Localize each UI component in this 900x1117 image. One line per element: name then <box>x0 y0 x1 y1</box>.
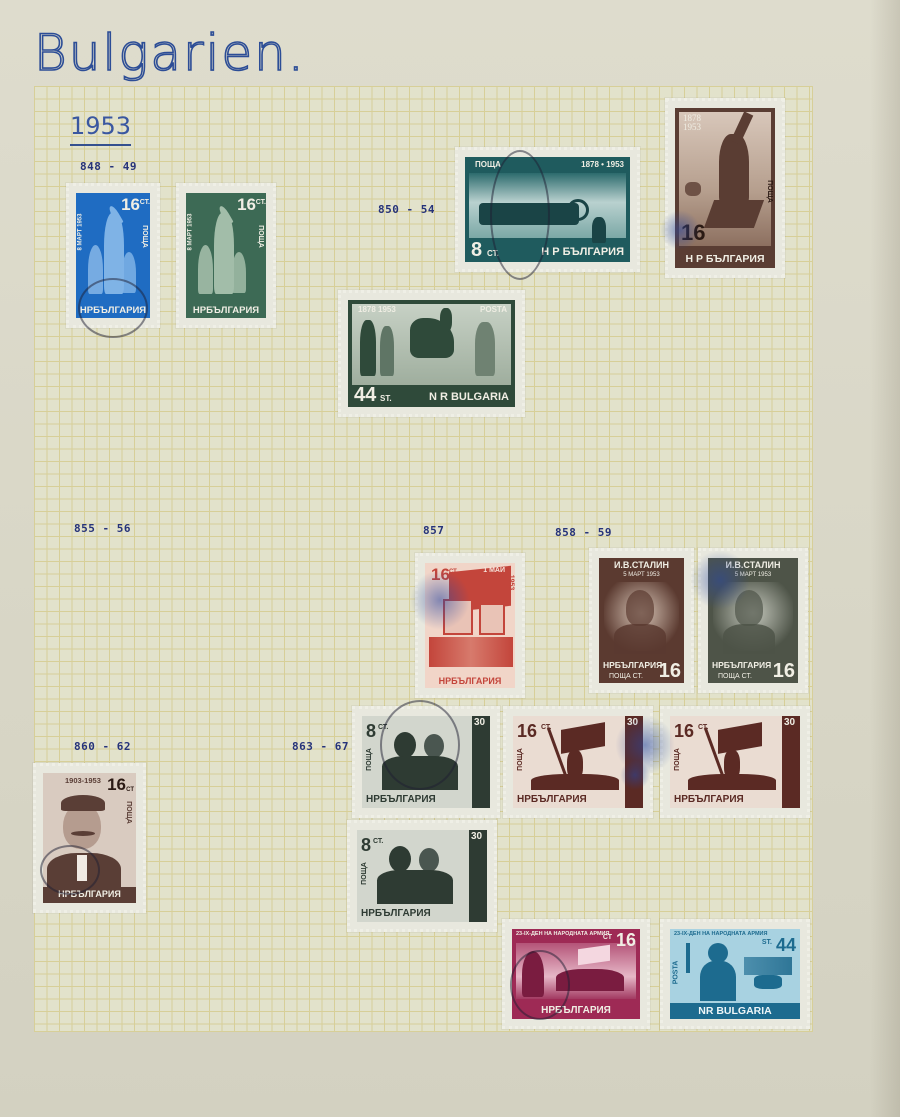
unit: СТ. <box>140 199 150 206</box>
top-left-text: ПОЩА <box>475 161 501 169</box>
stamp-design: 23-IX-ДЕН НА НАРОДНАТА АРМИЯСТ16НРБЪЛГАР… <box>512 929 640 1019</box>
top-left-text: 1878 1953 <box>358 306 396 314</box>
country-name: НРБЪЛГАРИЯ <box>425 677 515 686</box>
denomination: 8 <box>471 240 482 260</box>
stamp-design: 8СТ.ПОЩА30НРБЪЛГАРИЯ <box>357 830 487 922</box>
side-text: ПОЩА <box>257 225 264 248</box>
country-name: НРБЪЛГАРИЯ <box>43 887 136 903</box>
stamp-september-uprising-8-b: 8СТ.ПОЩА30НРБЪЛГАРИЯ <box>347 820 497 932</box>
stalin-portrait <box>713 582 793 651</box>
country-name: НРБЪЛГАРИЯ <box>76 306 150 316</box>
country-name: НРБЪЛГАРИЯ <box>603 661 662 670</box>
stamp-stalin-brown: И.В.СТАЛИН5 МАРТ 1953 НРБЪЛГАРИЯПОЩА СТ.… <box>589 548 694 693</box>
stamp-army-day-magenta: 23-IX-ДЕН НА НАРОДНАТА АРМИЯСТ16НРБЪЛГАР… <box>502 919 650 1029</box>
unit: СТ. <box>541 724 551 731</box>
denomination: 16 <box>121 196 140 213</box>
top-text: 23-IX-ДЕН НА НАРОДНАТА АРМИЯ <box>674 932 767 938</box>
top-right-text: POSTA <box>480 306 507 314</box>
anniversary-band: 30 <box>472 716 490 808</box>
stamp-september-uprising-16-a: 16СТ.ПОЩА30НРБЪЛГАРИЯ <box>503 706 653 818</box>
top-text: И.В.СТАЛИН <box>599 561 684 570</box>
anniversary-band: 30 <box>469 830 487 922</box>
side-text: ПОЩА <box>141 225 148 248</box>
mother-children-statue <box>82 207 130 298</box>
stamp-liberation-fighter: 1878195316ПОЩАН Р БЪЛГАРИЯ <box>665 98 785 278</box>
date-text: 5 МАРТ 1953 <box>599 572 684 578</box>
denomination: 44 <box>354 385 376 405</box>
horseman-scene <box>352 304 511 385</box>
unit: СТ. <box>449 569 458 575</box>
country-heading: Bulgarien. <box>34 28 306 78</box>
stamp-army-day-blue: 23-IX-ДЕН НА НАРОДНАТА АРМИЯST.44POSTANR… <box>660 919 810 1029</box>
anniversary-band: 30 <box>782 716 800 808</box>
stamp-design: 8СТ.ПОЩА30НРБЪЛГАРИЯ <box>362 716 490 808</box>
year-heading: 1953 <box>70 112 131 146</box>
stamp-september-uprising-8-a: 8СТ.ПОЩА30НРБЪЛГАРИЯ <box>352 706 500 818</box>
top-right-text: 1878 • 1953 <box>581 161 624 169</box>
unit: СТ. <box>373 838 383 845</box>
denomination: 8 <box>361 836 371 854</box>
top-text: 23-IX-ДЕН НА НАРОДНАТА АРМИЯ <box>516 932 609 938</box>
denomination: 16 <box>517 722 537 740</box>
stamp-design: 1878195316ПОЩАН Р БЪЛГАРИЯ <box>675 108 775 268</box>
stamp-womens-day-blue: 16СТ.ПОЩА8 МАРТ 1953НРБЪЛГАРИЯ <box>66 183 160 328</box>
denomination: 16 <box>681 222 705 244</box>
stamp-design: 1903-195316СТПОЩАНРБЪЛГАРИЯ <box>43 773 136 903</box>
denomination: 16 <box>659 661 681 681</box>
catalog-label-850-54: 850 - 54 <box>378 203 435 216</box>
denomination: 16 <box>107 776 126 793</box>
album-page: Bulgarien. 1953 848 - 49 850 - 54 855 - … <box>0 0 900 1117</box>
side-text: ПОЩА <box>766 180 773 203</box>
date-text: 5 МАРТ 1953 <box>708 572 798 578</box>
side-text: 1953 <box>508 575 515 591</box>
mother-children-statue <box>192 207 246 298</box>
date-text: 8 МАРТ 1953 <box>77 214 83 251</box>
stamp-design: И.В.СТАЛИН5 МАРТ 1953 НРБЪЛГАРИЯПОЩА СТ.… <box>599 558 684 683</box>
side-text: ПОЩА <box>125 801 132 824</box>
catalog-label-863-67: 863 - 67 <box>292 740 349 753</box>
top-text: 1 МАЙ <box>483 567 505 574</box>
denomination: 44 <box>776 936 796 954</box>
unit: ST. <box>762 939 772 946</box>
stamp-design: ПОЩА1878 • 19538СТ.Н Р БЪЛГАРИЯ <box>465 157 630 262</box>
denomination: 8 <box>366 722 376 740</box>
denomination: 16 <box>674 722 694 740</box>
unit: СТ. <box>378 724 388 731</box>
stamp-design: 16СТ.1 МАЙ1953НРБЪЛГАРИЯ <box>425 563 515 688</box>
sub-text: ПОЩА СТ. <box>609 673 643 680</box>
stamp-design: И.В.СТАЛИН5 МАРТ 1953 НРБЪЛГАРИЯПОЩА СТ.… <box>708 558 798 683</box>
country-name: Н Р БЪЛГАРИЯ <box>541 247 624 258</box>
unit: СТ <box>126 787 134 793</box>
country-name: НРБЪЛГАРИЯ <box>366 795 436 805</box>
army-charge-scene <box>516 943 636 999</box>
stamp-ilinden-portrait: 1903-195316СТПОЩАНРБЪЛГАРИЯ <box>33 763 146 913</box>
country-name: NR BULGARIA <box>670 1003 800 1019</box>
unit: СТ. <box>698 724 708 731</box>
top-left-text: 18781953 <box>683 114 701 132</box>
stalin-portrait <box>604 582 679 651</box>
stamp-design: 16СТ.ПОЩА30НРБЪЛГАРИЯ <box>513 716 643 808</box>
stamp-womens-day-green: 16СТ.ПОЩА8 МАРТ 1953НРБЪЛГАРИЯ <box>176 183 276 328</box>
stamp-stalin-grey: И.В.СТАЛИН5 МАРТ 1953 НРБЪЛГАРИЯПОЩА СТ.… <box>698 548 808 693</box>
anniversary-band: 30 <box>625 716 643 808</box>
top-text: И.В.СТАЛИН <box>708 561 798 570</box>
stamp-may-day: 16СТ.1 МАЙ1953НРБЪЛГАРИЯ <box>415 553 525 698</box>
stamp-liberation-river-crossing: ПОЩА1878 • 19538СТ.Н Р БЪЛГАРИЯ <box>455 147 640 272</box>
denomination: 16 <box>237 196 256 213</box>
side-text: ПОЩА <box>361 862 368 885</box>
stamp-design: 1878 1953POSTA44ST.N R BULGARIA <box>348 300 515 407</box>
date-text: 8 МАРТ 1953 <box>187 214 193 251</box>
two-leaders-scene <box>375 834 465 902</box>
catalog-label-858-59: 858 - 59 <box>555 526 612 539</box>
denomination: 16 <box>431 566 450 583</box>
country-name: НРБЪЛГАРИЯ <box>512 1006 640 1016</box>
country-name: НРБЪЛГАРИЯ <box>517 795 587 805</box>
catalog-label-860-62: 860 - 62 <box>74 740 131 753</box>
side-text: POSTA <box>672 961 679 985</box>
stamp-september-uprising-16-b: 16СТ.ПОЩА30НРБЪЛГАРИЯ <box>660 706 810 818</box>
catalog-label-848-49: 848 - 49 <box>80 160 137 173</box>
two-leaders-scene <box>380 720 468 788</box>
unit: СТ. <box>487 250 499 258</box>
side-text: ПОЩА <box>366 748 373 771</box>
stamp-design: 16СТ.ПОЩА8 МАРТ 1953НРБЪЛГАРИЯ <box>76 193 150 318</box>
sub-text: ПОЩА СТ. <box>718 673 752 680</box>
denomination: 16 <box>773 661 795 681</box>
catalog-label-855-56: 855 - 56 <box>74 522 131 535</box>
country-name: НРБЪЛГАРИЯ <box>186 306 266 316</box>
side-text: ПОЩА <box>674 748 681 771</box>
denomination: 16 <box>616 931 636 949</box>
side-text: ПОЩА <box>517 748 524 771</box>
country-name: НРБЪЛГАРИЯ <box>361 909 431 919</box>
stamp-design: 16СТ.ПОЩА30НРБЪЛГАРИЯ <box>670 716 800 808</box>
catalog-label-857: 857 <box>423 524 444 537</box>
country-name: Н Р БЪЛГАРИЯ <box>675 254 775 265</box>
stamp-design: 16СТ.ПОЩА8 МАРТ 1953НРБЪЛГАРИЯ <box>186 193 266 318</box>
unit: СТ. <box>256 199 266 206</box>
country-name: НРБЪЛГАРИЯ <box>712 661 771 670</box>
country-name: N R BULGARIA <box>429 392 509 403</box>
stamp-design: 23-IX-ДЕН НА НАРОДНАТА АРМИЯST.44POSTANR… <box>670 929 800 1019</box>
unit: ST. <box>380 395 392 403</box>
unit: СТ <box>603 934 612 941</box>
river-crossing-scene <box>469 173 626 238</box>
country-name: НРБЪЛГАРИЯ <box>674 795 744 805</box>
stamp-liberation-horseman: 1878 1953POSTA44ST.N R BULGARIA <box>338 290 525 417</box>
top-text: 1903-1953 <box>65 777 101 785</box>
